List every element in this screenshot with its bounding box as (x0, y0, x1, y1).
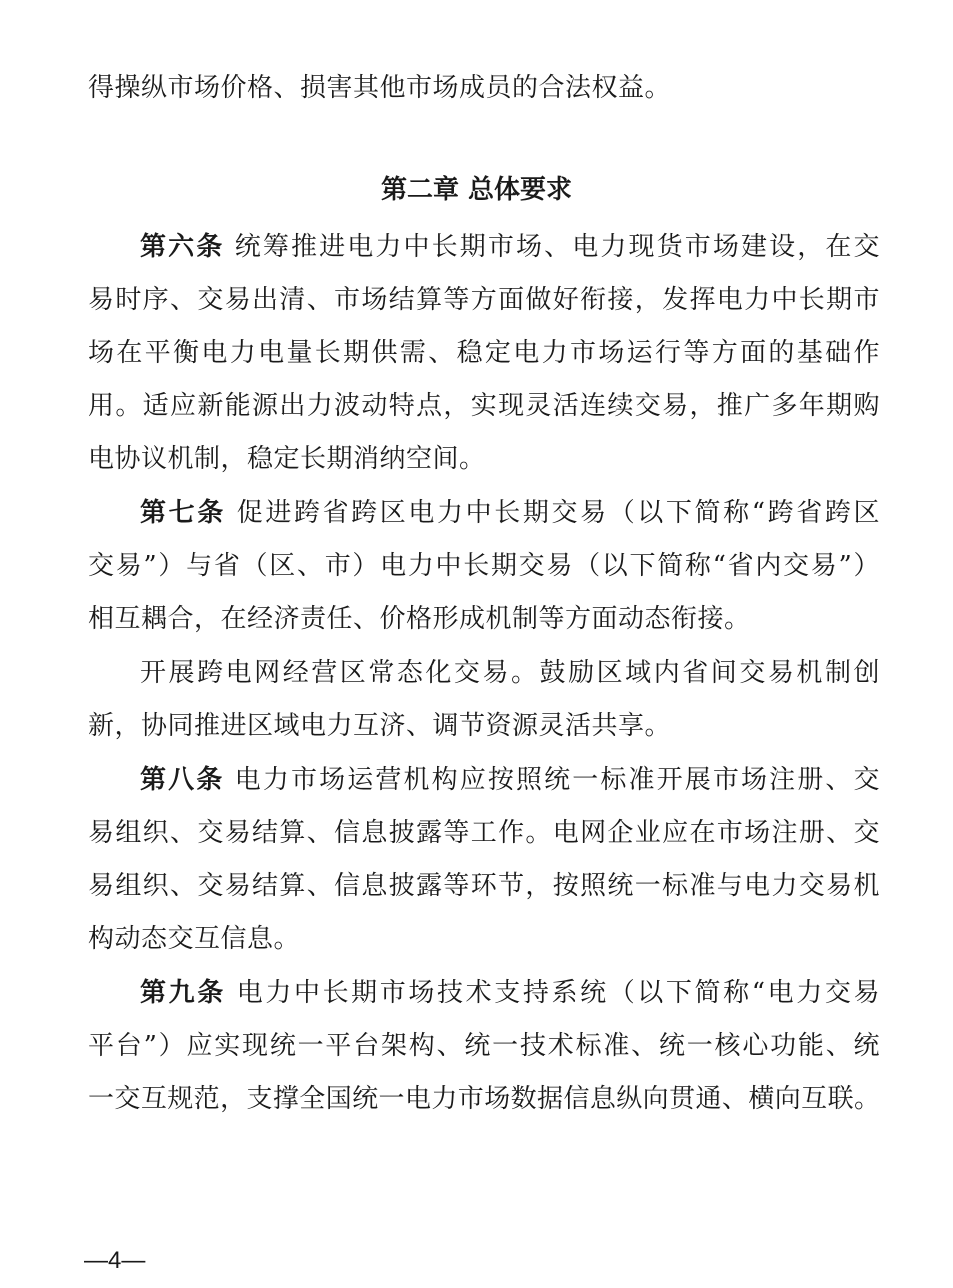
paragraph-line: 新，协同推进区域电力互济、调节资源灵活共享。 (88, 709, 880, 743)
article-9-line: 一交互规范，支撑全国统一电力市场数据信息纵向贯通、横向互联。 (88, 1082, 880, 1116)
article-6-line: 电协议机制，稳定长期消纳空间。 (88, 442, 880, 476)
continuation-line: 得操纵市场价格、损害其他市场成员的合法权益。 (88, 71, 880, 105)
article-8-line: 易组织、交易结算、信息披露等工作。电网企业应在市场注册、交 (88, 816, 880, 850)
article-6-lead: 第六条 (140, 232, 224, 262)
page-number: —4— (84, 1246, 145, 1276)
article-9-line: 平台”）应实现统一平台架构、统一技术标准、统一核心功能、统 (88, 1029, 880, 1063)
article-7-lead: 第七条 (140, 498, 226, 528)
article-7-first-line: 第七条 促进跨省跨区电力中长期交易（以下简称“跨省跨区 (140, 496, 880, 530)
article-8-line: 构动态交互信息。 (88, 922, 880, 956)
article-7-line: 相互耦合，在经济责任、价格形成机制等方面动态衔接。 (88, 602, 880, 636)
article-9-first-line: 第九条 电力中长期市场技术支持系统（以下简称“电力交易 (140, 976, 880, 1010)
article-8-line: 易组织、交易结算、信息披露等环节，按照统一标准与电力交易机 (88, 869, 880, 903)
article-9-lead: 第九条 (140, 978, 226, 1008)
article-8-lead: 第八条 (140, 765, 224, 795)
article-7-line: 交易”）与省（区、市）电力中长期交易（以下简称“省内交易”） (88, 549, 880, 583)
article-6-first-line: 第六条 统筹推进电力中长期市场、电力现货市场建设，在交 (140, 230, 880, 264)
article-6-line: 场在平衡电力电量长期供需、稳定电力市场运行等方面的基础作 (88, 336, 880, 370)
article-8-first-line: 第八条 电力市场运营机构应按照统一标准开展市场注册、交 (140, 763, 880, 797)
chapter-title: 第二章 总体要求 (0, 173, 953, 207)
paragraph-line: 开展跨电网经营区常态化交易。鼓励区域内省间交易机制创 (140, 656, 880, 690)
article-6-line: 易时序、交易出清、市场结算等方面做好衔接，发挥电力中长期市 (88, 283, 880, 317)
article-6-line: 用。适应新能源出力波动特点，实现灵活连续交易，推广多年期购 (88, 389, 880, 423)
